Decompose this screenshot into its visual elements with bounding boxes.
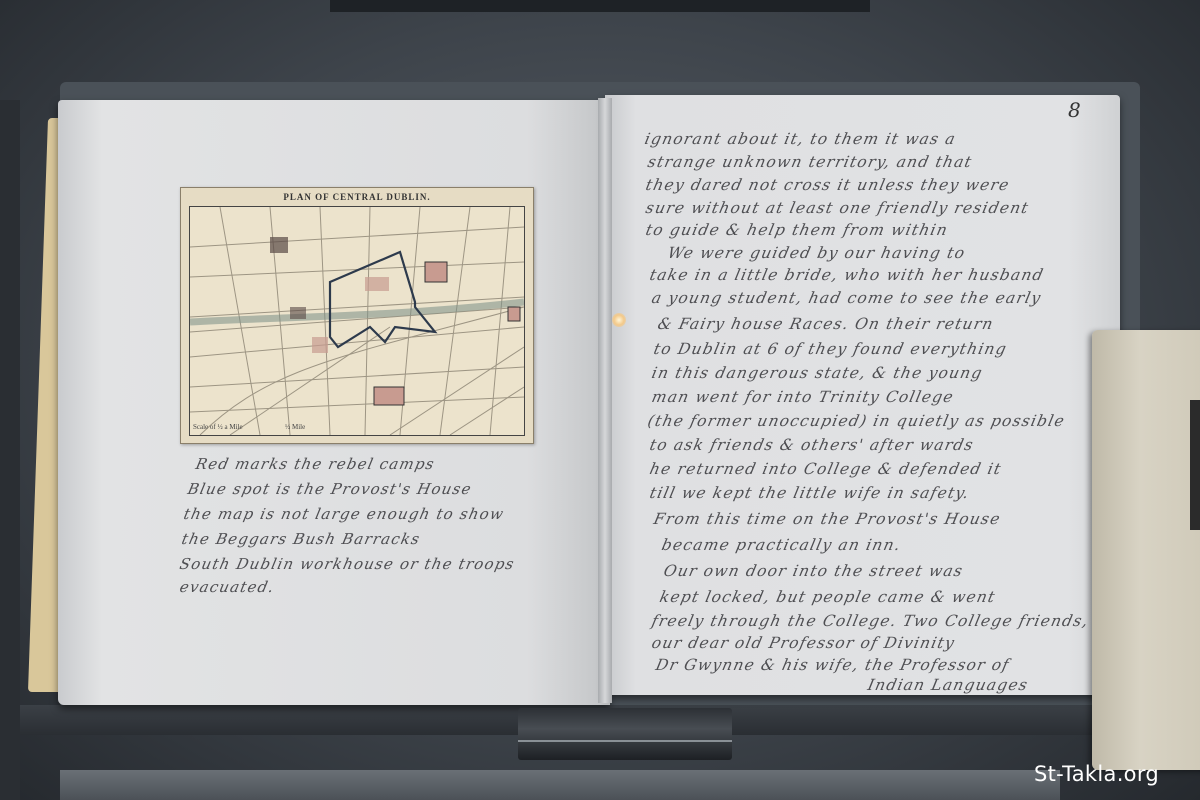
page-number: 8 bbox=[1068, 98, 1081, 122]
card-slot bbox=[1190, 400, 1200, 530]
diary-line: Dr Gwynne & his wife, the Professor of bbox=[654, 656, 1011, 674]
display-label-card bbox=[1092, 330, 1200, 770]
diary-line: Our own door into the street was bbox=[662, 562, 965, 580]
note-line: the Beggars Bush Barracks bbox=[180, 530, 422, 548]
diary-line: ignorant about it, to them it was a bbox=[643, 130, 958, 148]
display-case-left-edge bbox=[0, 100, 20, 800]
map-streets-illustration bbox=[190, 207, 524, 435]
diary-line: strange unknown territory, and that bbox=[646, 153, 974, 171]
note-line: evacuated. bbox=[178, 578, 276, 596]
map-scale-end: ½ Mile bbox=[285, 423, 305, 431]
diary-line: Indian Languages bbox=[866, 676, 1030, 694]
diary-line: take in a little bride, who with her hus… bbox=[648, 266, 1046, 284]
book-gutter bbox=[598, 98, 612, 703]
diary-line: We were guided by our having to bbox=[666, 244, 967, 262]
diary-line: he returned into College & defended it bbox=[648, 460, 1003, 478]
dublin-map: PLAN OF CENTRAL DUBLIN. Scale of ½ a Mil… bbox=[180, 187, 534, 444]
note-line: South Dublin workhouse or the troops bbox=[178, 555, 516, 573]
diary-line: freely through the College. Two College … bbox=[650, 612, 1091, 630]
diary-line: From this time on the Provost's House bbox=[652, 510, 1002, 528]
diary-line: & Fairy house Races. On their return bbox=[656, 315, 996, 333]
note-line: Red marks the rebel camps bbox=[194, 455, 437, 473]
diary-line: sure without at least one friendly resid… bbox=[644, 199, 1031, 217]
diary-line: to guide & help them from within bbox=[644, 221, 950, 239]
diary-line: a young student, had come to see the ear… bbox=[650, 289, 1043, 307]
map-title: PLAN OF CENTRAL DUBLIN. bbox=[181, 192, 533, 202]
light-glare bbox=[612, 313, 626, 327]
diary-line: kept locked, but people came & went bbox=[658, 588, 997, 606]
map-scale-label: Scale of ½ a Mile bbox=[193, 423, 243, 431]
map-frame bbox=[189, 206, 525, 436]
book-stand bbox=[518, 708, 732, 760]
book-stand-highlight bbox=[518, 740, 732, 742]
diary-line: to ask friends & others' after wards bbox=[648, 436, 976, 454]
diary-line: became practically an inn. bbox=[660, 536, 903, 554]
diary-line: till we kept the little wife in safety. bbox=[648, 484, 971, 502]
diary-line: our dear old Professor of Divinity bbox=[650, 634, 957, 652]
diary-line: in this dangerous state, & the young bbox=[650, 364, 984, 382]
diary-line: to Dublin at 6 of they found everything bbox=[652, 340, 1009, 358]
display-case-top-edge bbox=[330, 0, 870, 12]
note-line: Blue spot is the Provost's House bbox=[186, 480, 474, 498]
display-case-bottom-edge bbox=[60, 770, 1060, 800]
diary-line: they dared not cross it unless they were bbox=[644, 176, 1011, 194]
watermark: St-Takla.org bbox=[1034, 762, 1159, 786]
diary-line: man went for into Trinity College bbox=[650, 388, 956, 406]
diary-line: (the former unoccupied) in quietly as po… bbox=[646, 412, 1067, 430]
note-line: the map is not large enough to show bbox=[182, 505, 506, 523]
